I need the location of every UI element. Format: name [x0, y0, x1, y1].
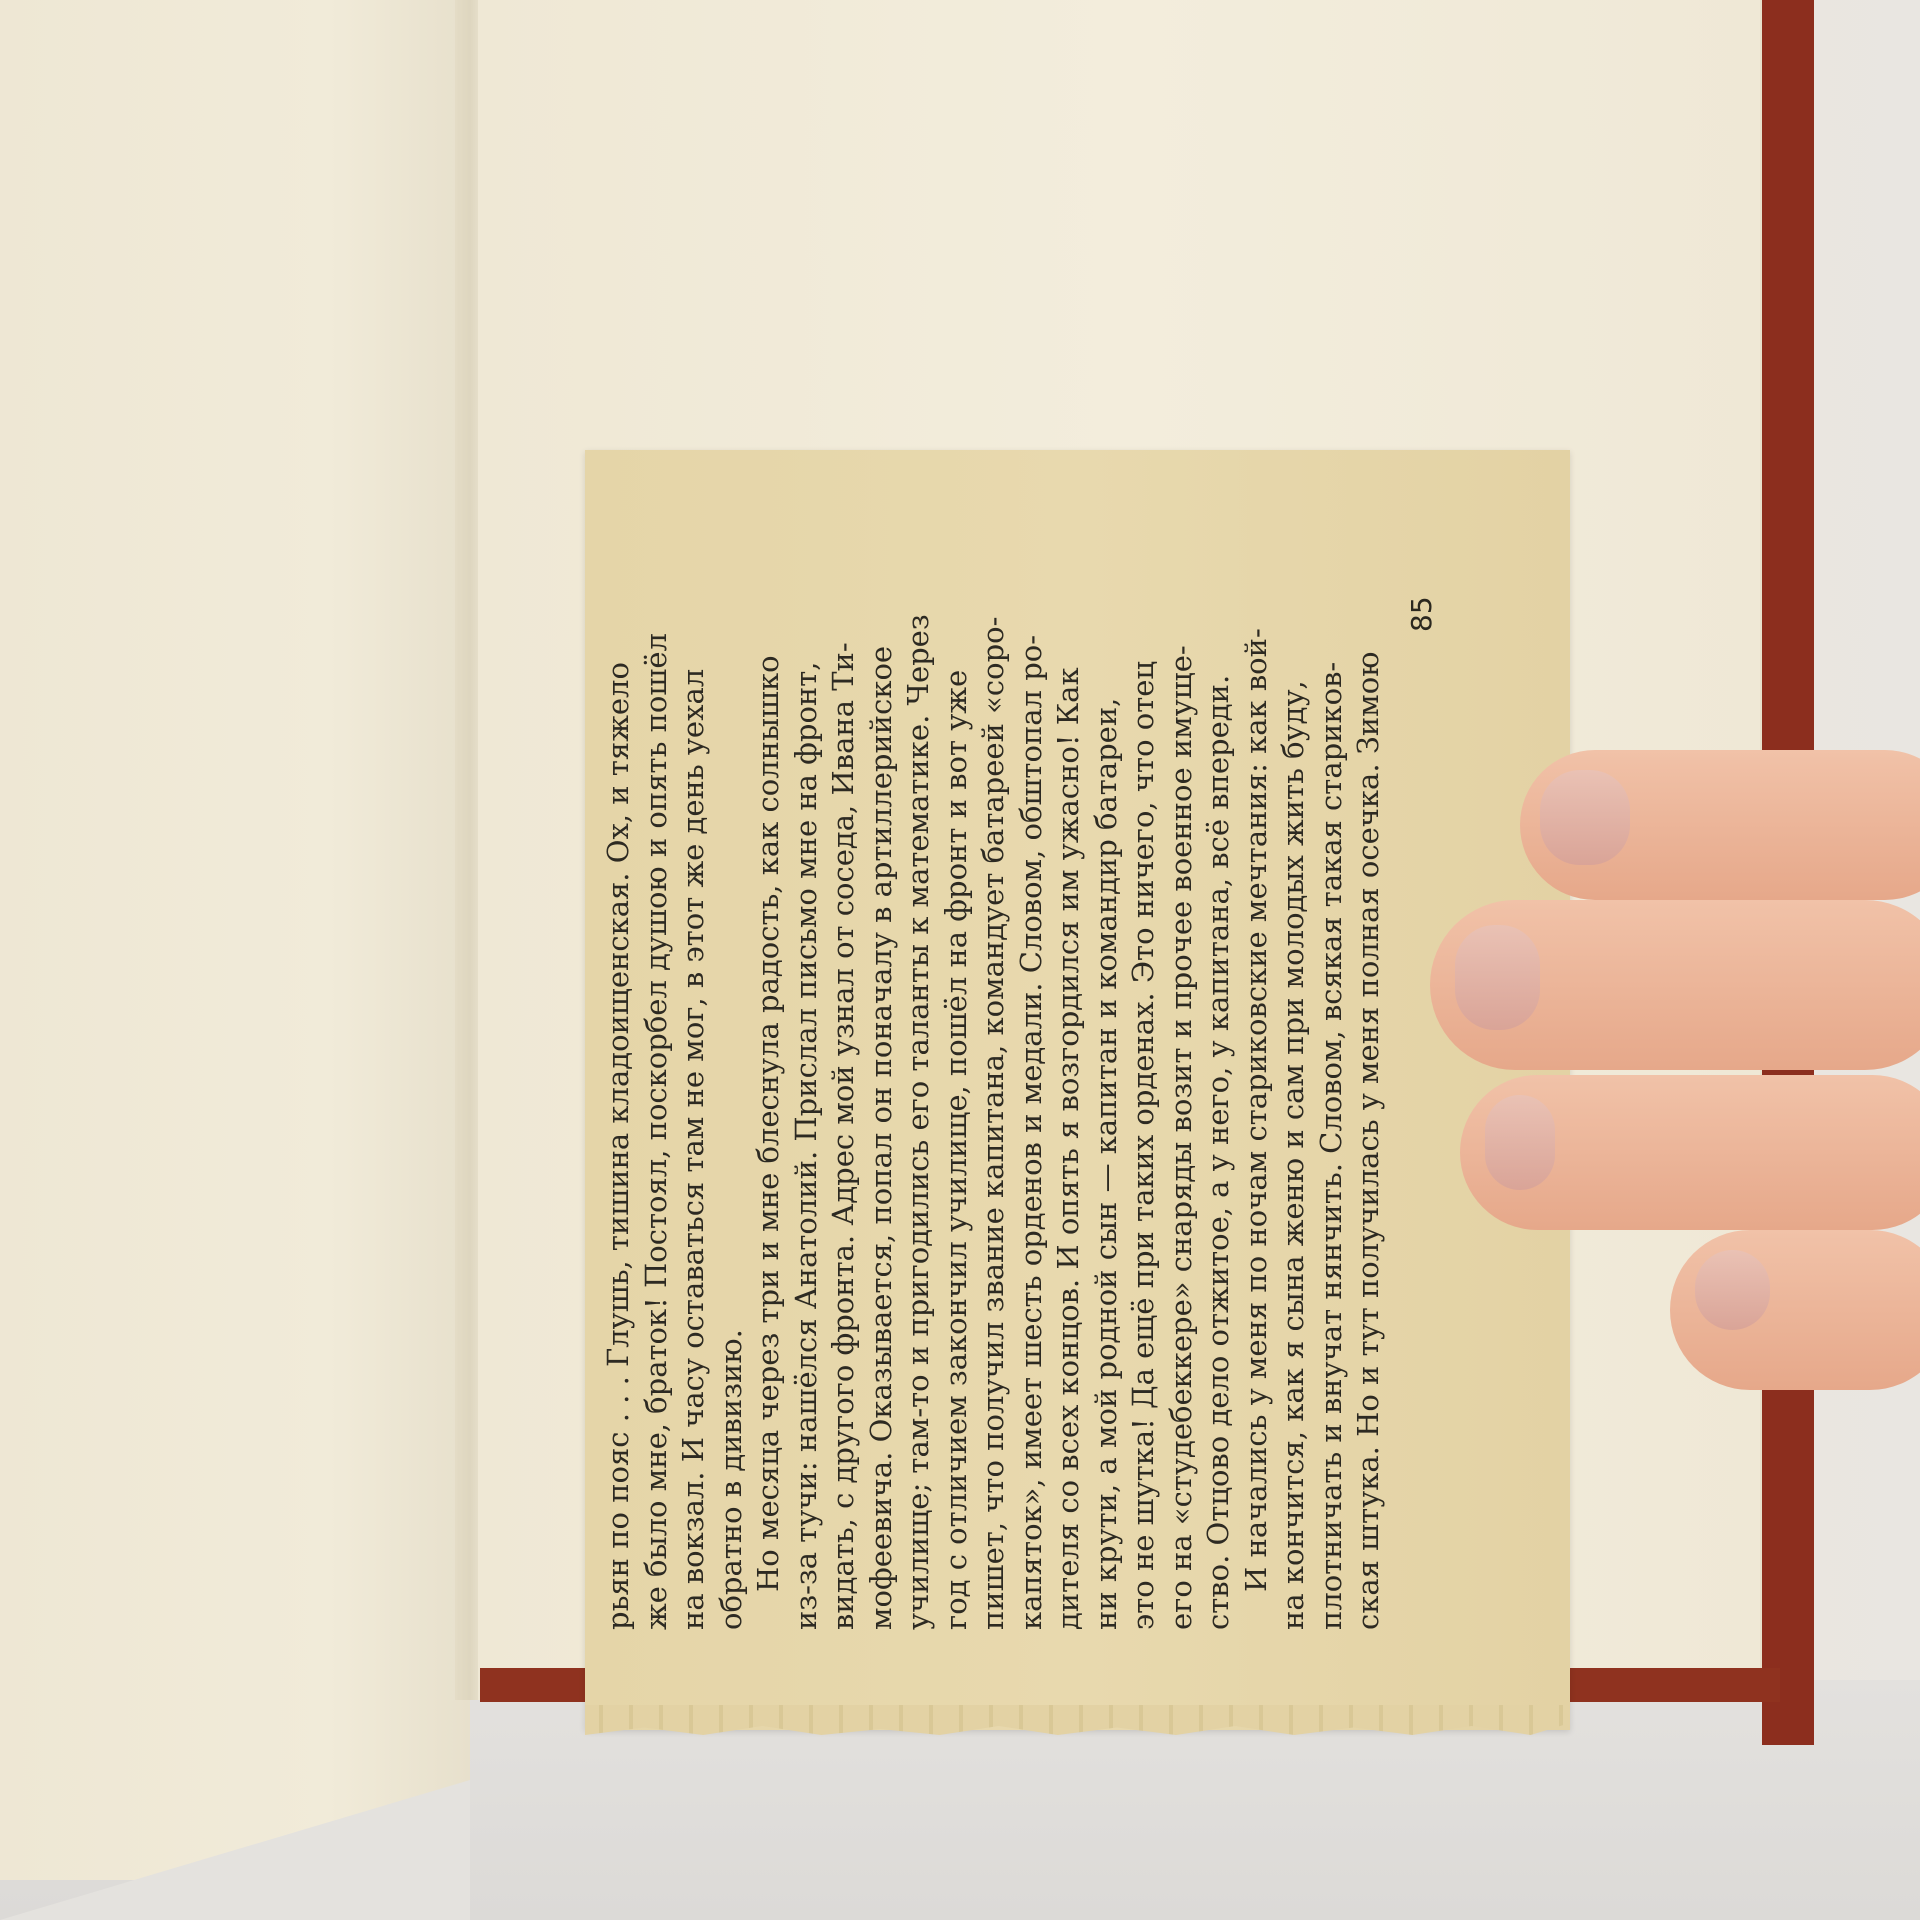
text-line: плотничать и внучат нянчить. Словом, вся…	[1313, 610, 1351, 1630]
text-line: это не шутка! Да ещё при таких орденах. …	[1125, 610, 1163, 1630]
text-line: на вокзал. И часу оставаться там не мог,…	[675, 610, 713, 1630]
text-line: ская штука. Но и тут получилась у меня п…	[1350, 610, 1388, 1630]
fingernail	[1485, 1095, 1555, 1190]
text-line: пишет, что получил звание капитана, кома…	[975, 610, 1013, 1630]
insert-page-text: рьян по пояс . . . Глушь, тишина кладоищ…	[600, 610, 1360, 1630]
text-line: из-за тучи: нашёлся Анатолий. Прислал пи…	[788, 610, 826, 1630]
hand	[1430, 750, 1920, 1650]
insert-page-torn-edge	[585, 1705, 1570, 1735]
text-line: училище; там-то и пригодились его талант…	[900, 610, 938, 1630]
text-line: мофеевича. Оказывается, попал он поначал…	[863, 610, 901, 1630]
text-line: его на «студебеккере» снаряды возит и пр…	[1163, 610, 1201, 1630]
text-line: рьян по пояс . . . Глушь, тишина кладоищ…	[600, 610, 638, 1630]
text-line: И начались у меня по ночам стариковские …	[1238, 610, 1276, 1630]
fingernail	[1455, 925, 1540, 1030]
text-line: год с отличием закончил училище, пошёл н…	[938, 610, 976, 1630]
left-blank-page	[0, 0, 470, 1880]
text-line: видать, с другого фронта. Адрес мой узна…	[825, 610, 863, 1630]
text-line: обратно в дивизию.	[713, 610, 751, 1630]
text-line: на кончится, как я сына женю и сам при м…	[1275, 610, 1313, 1630]
text-line: Но месяца через три и мне блеснула радос…	[750, 610, 788, 1630]
text-line: ни крути, а мой родной сын — капитан и к…	[1088, 610, 1126, 1630]
text-line: дителя со всех концов. И опять я возгорд…	[1050, 610, 1088, 1630]
page-number: 85	[1405, 596, 1438, 632]
fingernail	[1695, 1250, 1770, 1330]
fingernail	[1540, 770, 1630, 865]
text-line: капяток», имеет шесть орденов и медали. …	[1013, 610, 1051, 1630]
text-line: же было мне, браток! Постоял, поскорбел …	[638, 610, 676, 1630]
text-line: ство. Отцово дело отжитое, а у него, у к…	[1200, 610, 1238, 1630]
